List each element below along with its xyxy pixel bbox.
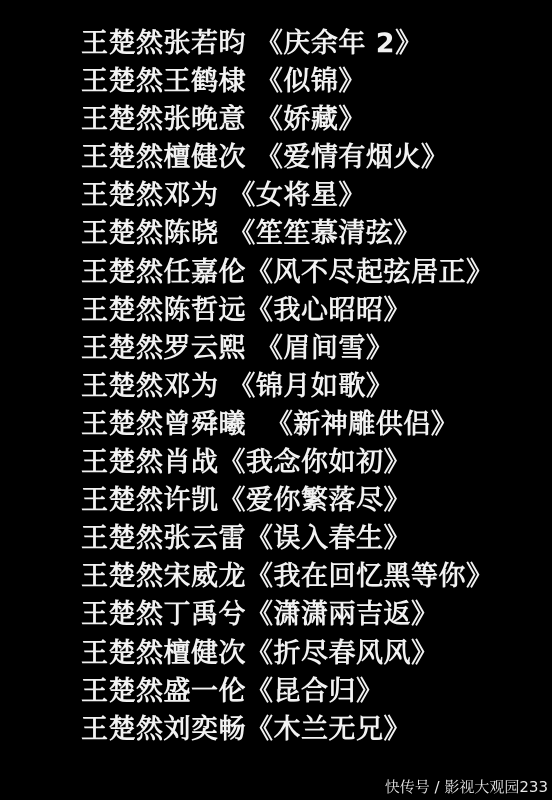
actor-pair: 王楚然曾舜曦 (81, 409, 246, 440)
drama-title: 《似锦》 (256, 66, 366, 97)
list-item: 王楚然盛一伦《昆合归》 (81, 673, 494, 711)
list-item: 王楚然张晚意 《娇藏》 (81, 101, 494, 139)
list-item: 王楚然陈晓 《笙笙慕清弦》 (81, 215, 494, 253)
list-item: 王楚然檀健次 《爱情有烟火》 (81, 139, 494, 177)
actor-pair: 王楚然刘奕畅 (81, 714, 246, 745)
list-item: 王楚然许凯《爱你繁落尽》 (81, 482, 494, 520)
drama-title: 《新神雕供侣》 (266, 409, 459, 440)
drama-title: 《锦月如歌》 (228, 371, 393, 402)
list-item: 王楚然邓为 《锦月如歌》 (81, 368, 494, 406)
drama-title: 《潇潇兩吉返》 (246, 599, 439, 630)
separator (246, 333, 256, 364)
drama-title: 《折尽春风风》 (246, 638, 439, 669)
list-item: 王楚然任嘉伦《风不尽起弦居正》 (81, 254, 494, 292)
actor-pair: 王楚然张云雷 (81, 523, 246, 554)
list-item: 王楚然王鹤棣 《似锦》 (81, 63, 494, 101)
drama-title: 《木兰无兄》 (246, 714, 411, 745)
separator (219, 218, 229, 249)
list-item: 王楚然张若昀 《庆余年 2》 (81, 25, 494, 63)
drama-title: 《庆余年 2》 (256, 28, 423, 59)
actor-pair: 王楚然邓为 (81, 180, 219, 211)
separator (219, 371, 229, 402)
list-item: 王楚然张云雷《误入春生》 (81, 520, 494, 558)
actor-pair: 王楚然张晚意 (81, 104, 246, 135)
separator (246, 104, 256, 135)
drama-title: 《误入春生》 (246, 523, 411, 554)
actor-pair: 王楚然陈哲远 (81, 295, 246, 326)
list-item: 王楚然丁禹兮《潇潇兩吉返》 (81, 596, 494, 634)
actor-pair: 王楚然任嘉伦 (81, 257, 246, 288)
separator (246, 142, 256, 173)
drama-title: 《娇藏》 (256, 104, 366, 135)
list-item: 王楚然宋威龙《我在回忆黑等你》 (81, 558, 494, 596)
actor-pair: 王楚然肖战 (81, 447, 219, 478)
actor-pair: 王楚然王鹤棣 (81, 66, 246, 97)
actor-pair: 王楚然邓为 (81, 371, 219, 402)
actor-pair: 王楚然檀健次 (81, 142, 246, 173)
actor-pair: 王楚然陈晓 (81, 218, 219, 249)
drama-title: 《昆合归》 (246, 676, 384, 707)
source-watermark: 快传号 / 影视大观园233 (385, 777, 548, 797)
drama-title: 《我心昭昭》 (246, 295, 411, 326)
actor-pair: 王楚然宋威龙 (81, 561, 246, 592)
list-item: 王楚然肖战《我念你如初》 (81, 444, 494, 482)
actor-pair: 王楚然张若昀 (81, 28, 246, 59)
drama-title: 《眉间雪》 (256, 333, 394, 364)
drama-title: 《我念你如初》 (219, 447, 412, 478)
actor-pair: 王楚然罗云熙 (81, 333, 246, 364)
drama-title: 《我在回忆黑等你》 (246, 561, 494, 592)
drama-title: 《风不尽起弦居正》 (246, 257, 494, 288)
drama-title: 《笙笙慕清弦》 (228, 218, 421, 249)
separator (246, 28, 256, 59)
list-item: 王楚然刘奕畅《木兰无兄》 (81, 711, 494, 749)
drama-title: 《女将星》 (228, 180, 366, 211)
drama-pairing-list: 王楚然张若昀 《庆余年 2》 王楚然王鹤棣 《似锦》 王楚然张晚意 《娇藏》 王… (81, 25, 494, 749)
separator (246, 409, 266, 440)
drama-title: 《爱情有烟火》 (256, 142, 449, 173)
separator (219, 180, 229, 211)
separator (246, 66, 256, 97)
actor-pair: 王楚然许凯 (81, 485, 219, 516)
list-item: 王楚然陈哲远《我心昭昭》 (81, 292, 494, 330)
actor-pair: 王楚然盛一伦 (81, 676, 246, 707)
actor-pair: 王楚然檀健次 (81, 638, 246, 669)
drama-title: 《爱你繁落尽》 (219, 485, 412, 516)
list-item: 王楚然檀健次《折尽春风风》 (81, 635, 494, 673)
list-item: 王楚然曾舜曦 《新神雕供侣》 (81, 406, 494, 444)
actor-pair: 王楚然丁禹兮 (81, 599, 246, 630)
list-item: 王楚然罗云熙 《眉间雪》 (81, 330, 494, 368)
list-item: 王楚然邓为 《女将星》 (81, 177, 494, 215)
